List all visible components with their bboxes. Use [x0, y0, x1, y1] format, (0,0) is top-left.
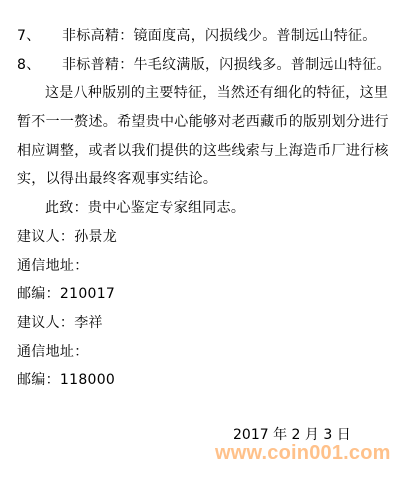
document-body: 7、非标高精：镜面度高，闪损线少。普制远山特征。 8、非标普精：牛毛纹满版，闪损…	[17, 22, 407, 395]
proposer-postcode: 邮编：118000	[17, 366, 407, 395]
proposer-postcode: 邮编：210017	[17, 280, 407, 309]
paragraph-line: 相应调整，或者以我们提供的这些线索与上海造币厂进行核	[17, 137, 407, 166]
proposer-address: 通信地址：	[17, 338, 407, 367]
salutation: 此致：贵中心鉴定专家组同志。	[17, 194, 407, 223]
item-text: 非标高精：镜面度高，闪损线少。普制远山特征。	[62, 28, 377, 44]
watermark: www.coin001.com	[215, 442, 391, 465]
list-item-7: 7、非标高精：镜面度高，闪损线少。普制远山特征。	[17, 22, 407, 51]
document-date: 2017 年 2 月 3 日	[233, 424, 351, 444]
proposer-name: 建议人：李祥	[17, 309, 407, 338]
item-number: 7、	[17, 22, 62, 51]
list-item-8: 8、非标普精：牛毛纹满版，闪损线多。普制远山特征。	[17, 51, 407, 80]
paragraph-line: 这是八种版别的主要特征，当然还有细化的特征，这里	[17, 79, 407, 108]
proposer-address: 通信地址：	[17, 252, 407, 281]
item-text: 非标普精：牛毛纹满版，闪损线多。普制远山特征。	[62, 57, 391, 73]
item-number: 8、	[17, 51, 62, 80]
proposer-name: 建议人：孙景龙	[17, 223, 407, 252]
paragraph-line: 实，以得出最终客观事实结论。	[17, 165, 407, 194]
paragraph-line: 暂不一一赘述。希望贵中心能够对老西藏币的版别划分进行	[17, 108, 407, 137]
